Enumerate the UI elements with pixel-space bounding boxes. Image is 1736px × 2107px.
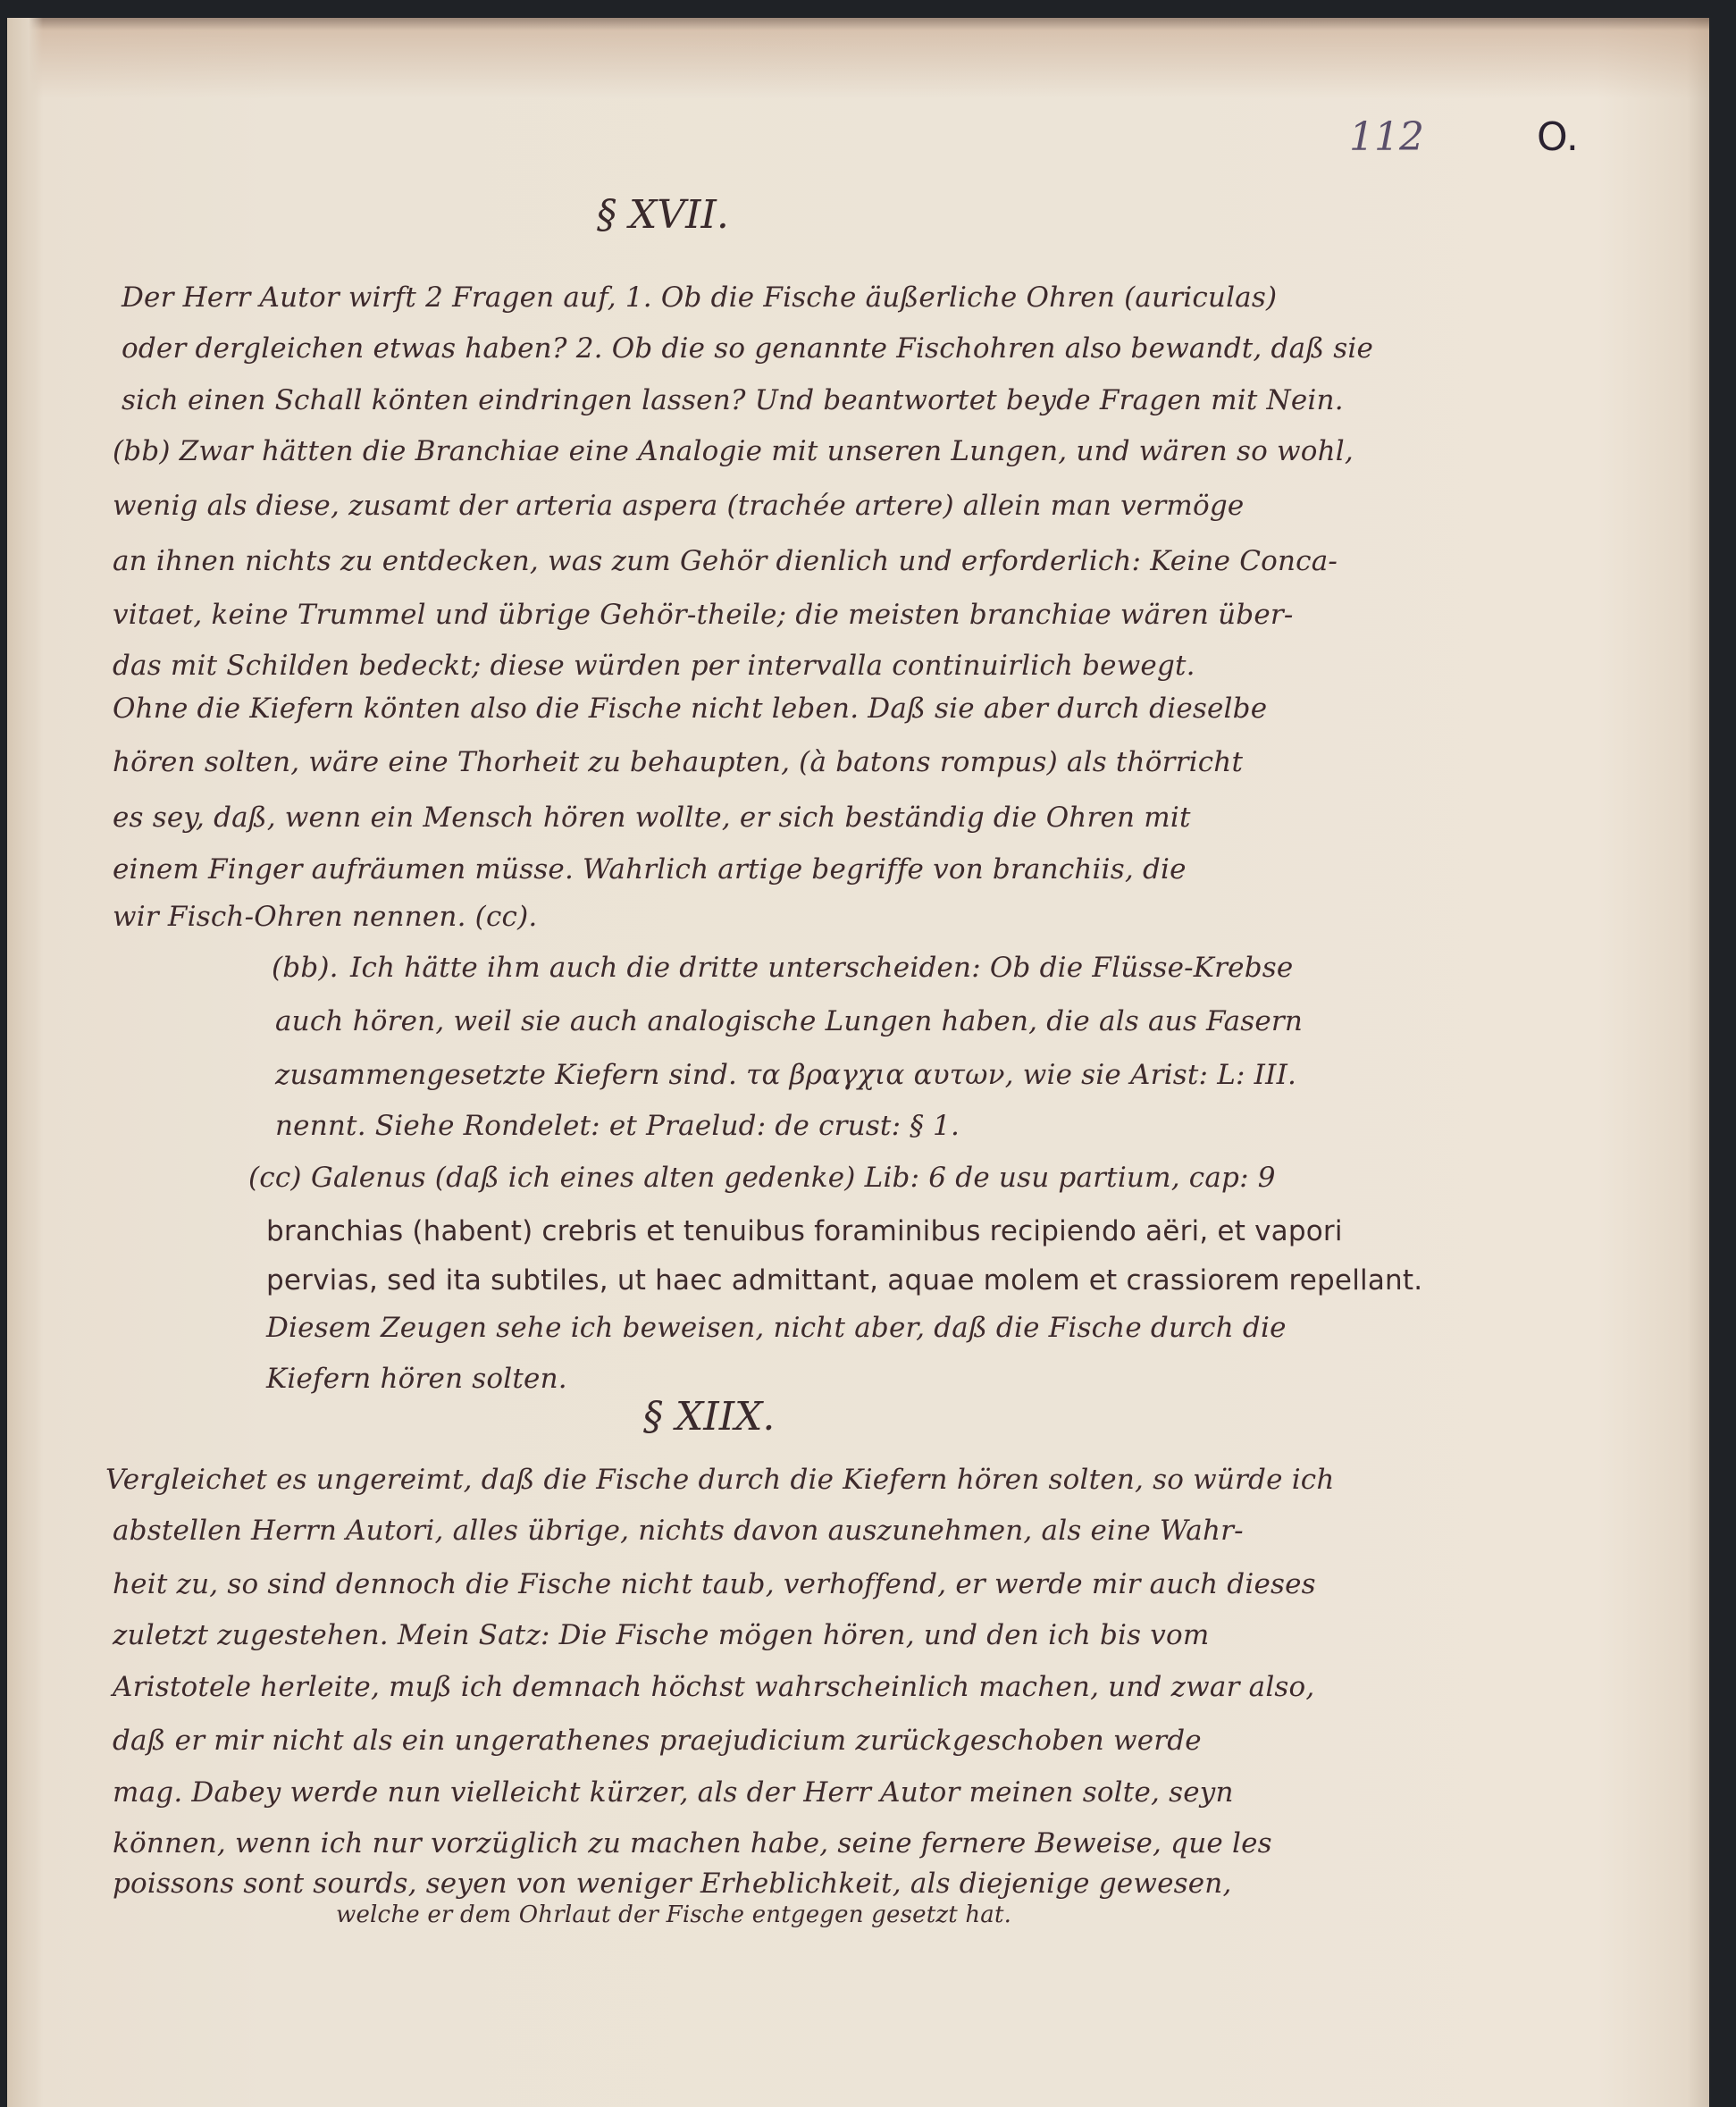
footnote-marker: (cc): [248, 1162, 302, 1194]
footnote-marker: (bb).: [272, 952, 339, 984]
text-line: Ohne die Kiefern könten also die Fische …: [113, 693, 1267, 725]
text-line: wenig als diese, zusamt der arteria aspe…: [113, 490, 1244, 522]
text-line: daß er mir nicht als ein ungerathenes pr…: [113, 1725, 1202, 1757]
text-line: Kiefern hören solten.: [266, 1363, 567, 1395]
text-line: an ihnen nichts zu entdecken, was zum Ge…: [113, 545, 1338, 577]
text-line: branchias (habent) crebris et tenuibus f…: [266, 1215, 1343, 1247]
manuscript-page: 112 O. § XVII. Der Herr Autor wirft 2 Fr…: [7, 18, 1709, 2107]
text-line: Der Herr Autor wirft 2 Fragen auf, 1. Ob…: [122, 281, 1277, 314]
text-line: Diesem Zeugen sehe ich beweisen, nicht a…: [266, 1312, 1287, 1344]
text-line: das mit Schilden bedeckt; diese würden p…: [113, 650, 1195, 682]
text-line: Vergleichet es ungereimt, daß die Fische…: [105, 1464, 1335, 1496]
section-heading-17: § XVII.: [597, 192, 729, 238]
folio-number: 112: [1349, 114, 1424, 160]
text-line: hören solten, wäre eine Thorheit zu beha…: [113, 746, 1243, 778]
text-line: können, wenn ich nur vorzüglich zu mache…: [113, 1827, 1272, 1859]
text-line: heit zu, so sind dennoch die Fische nich…: [113, 1568, 1316, 1600]
text-line: welche er dem Ohrlaut der Fische entgege…: [336, 1901, 1011, 1928]
text-line: Aristotele herleite, muß ich demnach höc…: [113, 1671, 1314, 1703]
text-line: auch hören, weil sie auch analogische Lu…: [275, 1005, 1303, 1037]
text-line: abstellen Herrn Autori, alles übrige, ni…: [113, 1515, 1244, 1547]
text-line: Galenus (daß ich eines alten gedenke) Li…: [311, 1162, 1276, 1194]
section-heading-18: § XIIX.: [643, 1394, 775, 1440]
text-line: Ich hätte ihm auch die dritte unterschei…: [350, 952, 1293, 984]
text-line: es sey, daß, wenn ein Mensch hören wollt…: [113, 802, 1191, 834]
folio-letter: O.: [1537, 114, 1579, 160]
text-line: zusammengesetzte Kiefern sind. τα βραγχι…: [275, 1059, 1296, 1091]
text-line: pervias, sed ita subtiles, ut haec admit…: [266, 1264, 1422, 1297]
text-line: mag. Dabey werde nun vielleicht kürzer, …: [113, 1776, 1234, 1809]
text-line: nennt. Siehe Rondelet: et Praelud: de cr…: [275, 1110, 960, 1142]
text-line: (bb) Zwar hätten die Branchiae eine Anal…: [113, 435, 1354, 467]
text-line: einem Finger aufräumen müsse. Wahrlich a…: [113, 853, 1187, 886]
text-line: oder dergleichen etwas haben? 2. Ob die …: [122, 332, 1373, 365]
text-line: zuletzt zugestehen. Mein Satz: Die Fisch…: [113, 1619, 1209, 1651]
text-line: vitaet, keine Trummel und übrige Gehör-t…: [113, 599, 1294, 631]
page-gutter: [7, 18, 43, 2107]
text-line: poissons sont sourds, seyen von weniger …: [113, 1868, 1232, 1900]
text-line: wir Fisch-Ohren nennen. (cc).: [113, 901, 537, 933]
text-line: sich einen Schall könten eindringen lass…: [122, 384, 1344, 416]
